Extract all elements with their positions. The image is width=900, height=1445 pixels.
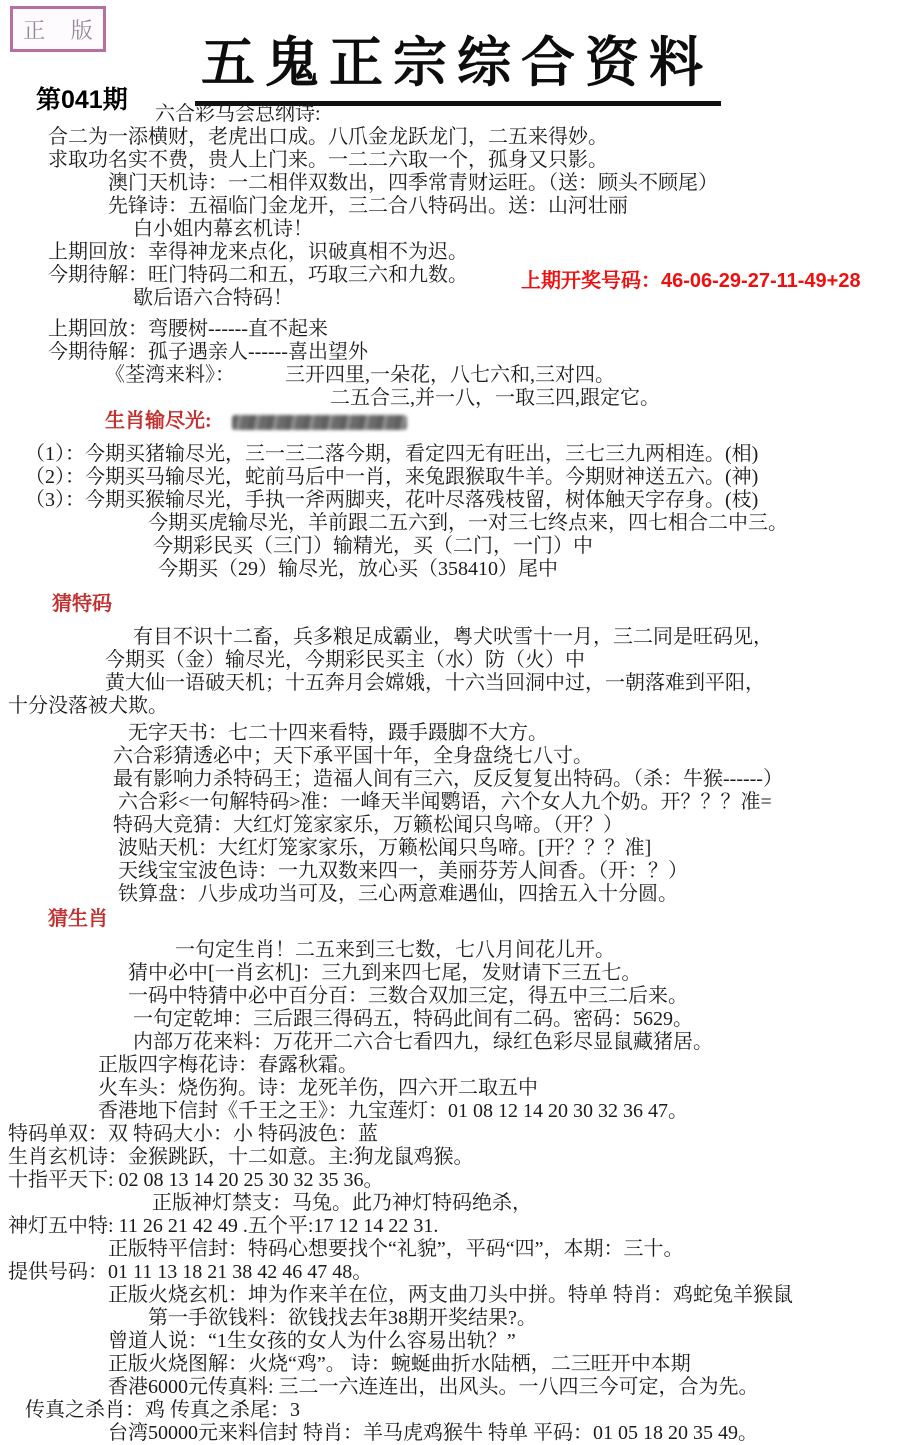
text-line: 黄大仙一语破天机；十五奔月会嫦娥，十六当回洞中过，一朝落难到平阳， bbox=[0, 672, 900, 695]
line-text: 台湾50000元来料信封 特肖：羊马虎鸡猴牛 特单 平码：01 05 18 20… bbox=[108, 1422, 758, 1444]
text-line: 十分没落被犬欺。 bbox=[0, 695, 900, 718]
line-text: 正版火烧图解：火烧“鸡”。 诗：蜿蜒曲折水陆栖，二三旺开中本期 bbox=[108, 1353, 691, 1375]
text-line: 火车头：烧伤狗。诗：龙死羊伤，四六开二取五中 bbox=[0, 1077, 900, 1100]
text-line: 今期买（29）输尽光，放心买（358410）尾中 bbox=[0, 558, 900, 581]
text-line: 今期买虎输尽光，羊前跟二五六到，一对三七终点来，四七相合二中三。 bbox=[0, 512, 900, 535]
line-text: 上期回放：幸得神龙来点化，识破真相不为迟。 bbox=[48, 241, 468, 263]
line-text: 先锋诗：五福临门金龙开，三二合八特码出。送：山河壮丽 bbox=[108, 195, 628, 217]
line-text: 六合彩猜透必中；天下承平国十年，全身盘绕七八寸。 bbox=[113, 745, 593, 767]
line-text: 十分没落被犬欺。 bbox=[8, 695, 168, 717]
line-text: 生肖输尽光: bbox=[105, 410, 212, 432]
text-line: 正版火烧图解：火烧“鸡”。 诗：蜿蜒曲折水陆栖，二三旺开中本期 bbox=[0, 1353, 900, 1376]
line-text: 一句定生肖！二五来到三七数，七八月间花儿开。 bbox=[175, 939, 615, 961]
line-text: 今期彩民买（三门）输精光，买（二门，一门）中 bbox=[153, 535, 593, 557]
line-text: （3）：今期买猴输尽光，手执一斧两脚夹，花叶尽落残枝留，树体触天字存身。(枝) bbox=[25, 489, 758, 511]
line-text: 上期回放：弯腰树------直不起来 bbox=[48, 318, 328, 340]
line-text: 求取功名实不费，贵人上门来。一二二六取一个，孤身又只影。 bbox=[48, 149, 608, 171]
text-line: （1）：今期买猪输尽光，三一三二落今期，看定四无有旺出，三七三九两相连。(相) bbox=[0, 443, 900, 466]
line-text: 今期待解：旺门特码二和五，巧取三六和九数。 bbox=[48, 264, 468, 286]
text-line: 特码单双：双 特码大小：小 特码波色：蓝 bbox=[0, 1123, 900, 1146]
line-text: 十指平天下: 02 08 13 14 20 25 30 32 35 36。 bbox=[8, 1169, 384, 1191]
line-text: 今期买虎输尽光，羊前跟二五六到，一对三七终点来，四七相合二中三。 bbox=[148, 512, 788, 534]
text-line: 正版火烧玄机：坤为作来羊在位，两支曲刀头中拼。特单 特肖：鸡蛇兔羊猴鼠 bbox=[0, 1284, 900, 1307]
text-line: 曾道人说：“1生女孩的女人为什么容易出轨？” bbox=[0, 1330, 900, 1353]
line-text: 猜中必中[一肖玄机]：三九到来四七尾，发财请下三五七。 bbox=[128, 962, 641, 984]
text-line: 内部万花来料：万花开二六合七看四九，绿红色彩尽显鼠藏猪居。 bbox=[0, 1031, 900, 1054]
genuine-badge: 正 版 bbox=[10, 6, 106, 52]
line-text: 正版神灯禁支：马兔。此乃神灯特码绝杀， bbox=[152, 1192, 532, 1214]
line-text: 传真之杀肖：鸡 传真之杀尾：3 bbox=[25, 1399, 300, 1421]
line-text: 歇后语六合特码！ bbox=[133, 287, 293, 309]
line-text: 火车头：烧伤狗。诗：龙死羊伤，四六开二取五中 bbox=[98, 1077, 538, 1099]
section-heading: 生肖输尽光: bbox=[0, 410, 900, 433]
genuine-badge-label: 正 版 bbox=[23, 14, 103, 45]
line-text: 香港6000元传真料: 三二一六连连出，出风头。一八四三今可定，合为先。 bbox=[108, 1376, 759, 1398]
line-text: （1）：今期买猪输尽光，三一三二落今期，看定四无有旺出，三七三九两相连。(相) bbox=[25, 443, 758, 465]
line-text: 今期待解：孤子遇亲人------喜出望外 bbox=[48, 341, 368, 363]
line-text: 澳门天机诗：一二相伴双数出，四季常青财运旺。（送：顾头不顾尾） bbox=[108, 172, 718, 194]
line-text: （2）：今期买马输尽光，蛇前马后中一肖，来兔跟猴取牛羊。今期财神送五六。(神) bbox=[25, 466, 758, 488]
text-line: 无字天书：七二十四来看特，蹑手蹑脚不大方。 bbox=[0, 722, 900, 745]
line-text: 今期买（金）输尽光，今期彩民买主（水）防（火）中 bbox=[105, 649, 585, 671]
section-heading: 猜特码 bbox=[0, 593, 900, 616]
text-line: 波贴天机：大红灯笼家家乐，万籁松闻只鸟啼。[开？？？准] bbox=[0, 837, 900, 860]
text-line: 传真之杀肖：鸡 传真之杀尾：3 bbox=[0, 1399, 900, 1422]
line-text: 白小姐内幕玄机诗！ bbox=[133, 218, 313, 240]
text-line: 上期回放：弯腰树------直不起来 bbox=[0, 318, 900, 341]
text-line: 白小姐内幕玄机诗！ bbox=[0, 218, 900, 241]
line-text: 猜特码 bbox=[52, 593, 112, 615]
line-text: 黄大仙一语破天机；十五奔月会嫦娥，十六当回洞中过，一朝落难到平阳， bbox=[105, 672, 765, 694]
line-text: 特码单双：双 特码大小：小 特码波色：蓝 bbox=[8, 1123, 378, 1145]
text-line: 猜中必中[一肖玄机]：三九到来四七尾，发财请下三五七。 bbox=[0, 962, 900, 985]
line-text: 提供号码：01 11 13 18 21 38 42 46 47 48。 bbox=[8, 1261, 372, 1283]
line-text: 二五合三,并一八，一取三四,跟定它。 bbox=[330, 387, 660, 409]
line-text: 六合彩<一句解特码>准：一峰天半闻鹦语，六个女人九个奶。开？？？准= bbox=[118, 791, 772, 813]
text-line: 合二为一添横财，老虎出口成。八爪金龙跃龙门，二五来得妙。 bbox=[0, 126, 900, 149]
text-line: 生肖玄机诗：金猴跳跃，十二如意。主:狗龙鼠鸡猴。 bbox=[0, 1146, 900, 1169]
line-text: 生肖玄机诗：金猴跳跃，十二如意。主:狗龙鼠鸡猴。 bbox=[8, 1146, 474, 1168]
text-line: 提供号码：01 11 13 18 21 38 42 46 47 48。 bbox=[0, 1261, 900, 1284]
text-line: 今期待解：孤子遇亲人------喜出望外 bbox=[0, 341, 900, 364]
text-line: （3）：今期买猴输尽光，手执一斧两脚夹，花叶尽落残枝留，树体触天字存身。(枝) bbox=[0, 489, 900, 512]
line-text: 《荃湾来料》： 三开四里,一朵花，八七六和,三对四。 bbox=[105, 364, 615, 386]
text-line: 第一手欲钱料：欲钱找去年38期开奖结果?。 bbox=[0, 1307, 900, 1330]
text-line: 最有影响力杀特码王；造福人间有三六，反反复复出特码。（杀：牛猴------） bbox=[0, 768, 900, 791]
text-line: 六合彩猜透必中；天下承平国十年，全身盘绕七八寸。 bbox=[0, 745, 900, 768]
text-line: 歇后语六合特码！ bbox=[0, 287, 900, 310]
text-line: 十指平天下: 02 08 13 14 20 25 30 32 35 36。 bbox=[0, 1169, 900, 1192]
text-line: 一句定生肖！二五来到三七数，七八月间花儿开。 bbox=[0, 939, 900, 962]
text-line: 先锋诗：五福临门金龙开，三二合八特码出。送：山河壮丽 bbox=[0, 195, 900, 218]
text-line: （2）：今期买马输尽光，蛇前马后中一肖，来兔跟猴取牛羊。今期财神送五六。(神) bbox=[0, 466, 900, 489]
line-text: 特码大竞猜：大红灯笼家家乐，万籁松闻只鸟啼。（开？） bbox=[113, 814, 623, 836]
text-line: 澳门天机诗：一二相伴双数出，四季常青财运旺。（送：顾头不顾尾） bbox=[0, 172, 900, 195]
text-line: 二五合三,并一八，一取三四,跟定它。 bbox=[0, 387, 900, 410]
line-text: 神灯五中特: 11 26 21 42 49 .五个平:17 12 14 22 3… bbox=[8, 1215, 438, 1237]
text-line: 六合彩马会总纲诗: bbox=[0, 103, 900, 126]
line-text: 第一手欲钱料：欲钱找去年38期开奖结果?。 bbox=[148, 1307, 537, 1329]
line-text: 正版特平信封：特码心想要找个“礼貌”，平码“四”，本期：三十。 bbox=[108, 1238, 684, 1260]
line-text: 最有影响力杀特码王；造福人间有三六，反反复复出特码。（杀：牛猴------） bbox=[113, 768, 783, 790]
page-title: 五鬼正宗综合资料 bbox=[195, 20, 721, 106]
text-line: 特码大竞猜：大红灯笼家家乐，万籁松闻只鸟啼。（开？） bbox=[0, 814, 900, 837]
line-text: 有目不识十二畜，兵多粮足成霸业，粤犬吠雪十一月，三二同是旺码见， bbox=[133, 626, 773, 648]
text-line: 上期回放：幸得神龙来点化，识破真相不为迟。 bbox=[0, 241, 900, 264]
line-text: 合二为一添横财，老虎出口成。八爪金龙跃龙门，二五来得妙。 bbox=[48, 126, 608, 148]
line-text: 六合彩马会总纲诗: bbox=[155, 103, 321, 125]
line-text: 曾道人说：“1生女孩的女人为什么容易出轨？” bbox=[108, 1330, 516, 1352]
line-text: 正版四字梅花诗：春露秋霜。 bbox=[98, 1054, 358, 1076]
text-line: 神灯五中特: 11 26 21 42 49 .五个平:17 12 14 22 3… bbox=[0, 1215, 900, 1238]
text-line: 一句定乾坤：三后跟三得码五，特码此间有二码。密码：5629。 bbox=[0, 1008, 900, 1031]
text-line: 正版神灯禁支：马兔。此乃神灯特码绝杀， bbox=[0, 1192, 900, 1215]
redacted-smudge bbox=[232, 415, 407, 430]
text-line: 天线宝宝波色诗：一九双数来四一，美丽芬芳人间香。（开：？） bbox=[0, 860, 900, 883]
text-line: 今期彩民买（三门）输精光，买（二门，一门）中 bbox=[0, 535, 900, 558]
line-text: 今期买（29）输尽光，放心买（358410）尾中 bbox=[158, 558, 558, 580]
line-text: 铁算盘：八步成功当可及，三心两意难遇仙，四捨五入十分圆。 bbox=[118, 883, 678, 905]
text-line: 六合彩<一句解特码>准：一峰天半闻鹦语，六个女人九个奶。开？？？准= bbox=[0, 791, 900, 814]
line-text: 香港地下信封《千王之王》：九宝莲灯：01 08 12 14 20 30 32 3… bbox=[98, 1100, 688, 1122]
line-text: 一句定乾坤：三后跟三得码五，特码此间有二码。密码：5629。 bbox=[133, 1008, 693, 1030]
text-line: 求取功名实不费，贵人上门来。一二二六取一个，孤身又只影。 bbox=[0, 149, 900, 172]
text-line: 有目不识十二畜，兵多粮足成霸业，粤犬吠雪十一月，三二同是旺码见， bbox=[0, 626, 900, 649]
text-line: 台湾50000元来料信封 特肖：羊马虎鸡猴牛 特单 平码：01 05 18 20… bbox=[0, 1422, 900, 1445]
text-line: 正版特平信封：特码心想要找个“礼貌”，平码“四”，本期：三十。 bbox=[0, 1238, 900, 1261]
line-text: 无字天书：七二十四来看特，蹑手蹑脚不大方。 bbox=[128, 722, 548, 744]
text-line: 今期待解：旺门特码二和五，巧取三六和九数。 bbox=[0, 264, 900, 287]
text-line: 铁算盘：八步成功当可及，三心两意难遇仙，四捨五入十分圆。 bbox=[0, 883, 900, 906]
line-text: 一码中特猜中必中百分百：三数合双加三定，得五中三二后来。 bbox=[128, 985, 688, 1007]
line-text: 正版火烧玄机：坤为作来羊在位，两支曲刀头中拼。特单 特肖：鸡蛇兔羊猴鼠 bbox=[108, 1284, 793, 1306]
text-line: 《荃湾来料》： 三开四里,一朵花，八七六和,三对四。 bbox=[0, 364, 900, 387]
text-line: 一码中特猜中必中百分百：三数合双加三定，得五中三二后来。 bbox=[0, 985, 900, 1008]
line-text: 天线宝宝波色诗：一九双数来四一，美丽芬芳人间香。（开：？） bbox=[118, 860, 688, 882]
line-text: 猜生肖 bbox=[48, 908, 108, 930]
text-line: 正版四字梅花诗：春露秋霜。 bbox=[0, 1054, 900, 1077]
line-text: 内部万花来料：万花开二六合七看四九，绿红色彩尽显鼠藏猪居。 bbox=[133, 1031, 713, 1053]
text-line: 香港6000元传真料: 三二一六连连出，出风头。一八四三今可定，合为先。 bbox=[0, 1376, 900, 1399]
text-line: 香港地下信封《千王之王》：九宝莲灯：01 08 12 14 20 30 32 3… bbox=[0, 1100, 900, 1123]
document-body: 六合彩马会总纲诗:合二为一添横财，老虎出口成。八爪金龙跃龙门，二五来得妙。求取功… bbox=[0, 103, 900, 1445]
text-line: 今期买（金）输尽光，今期彩民买主（水）防（火）中 bbox=[0, 649, 900, 672]
section-heading: 猜生肖 bbox=[0, 908, 900, 931]
line-text: 波贴天机：大红灯笼家家乐，万籁松闻只鸟啼。[开？？？准] bbox=[118, 837, 651, 859]
